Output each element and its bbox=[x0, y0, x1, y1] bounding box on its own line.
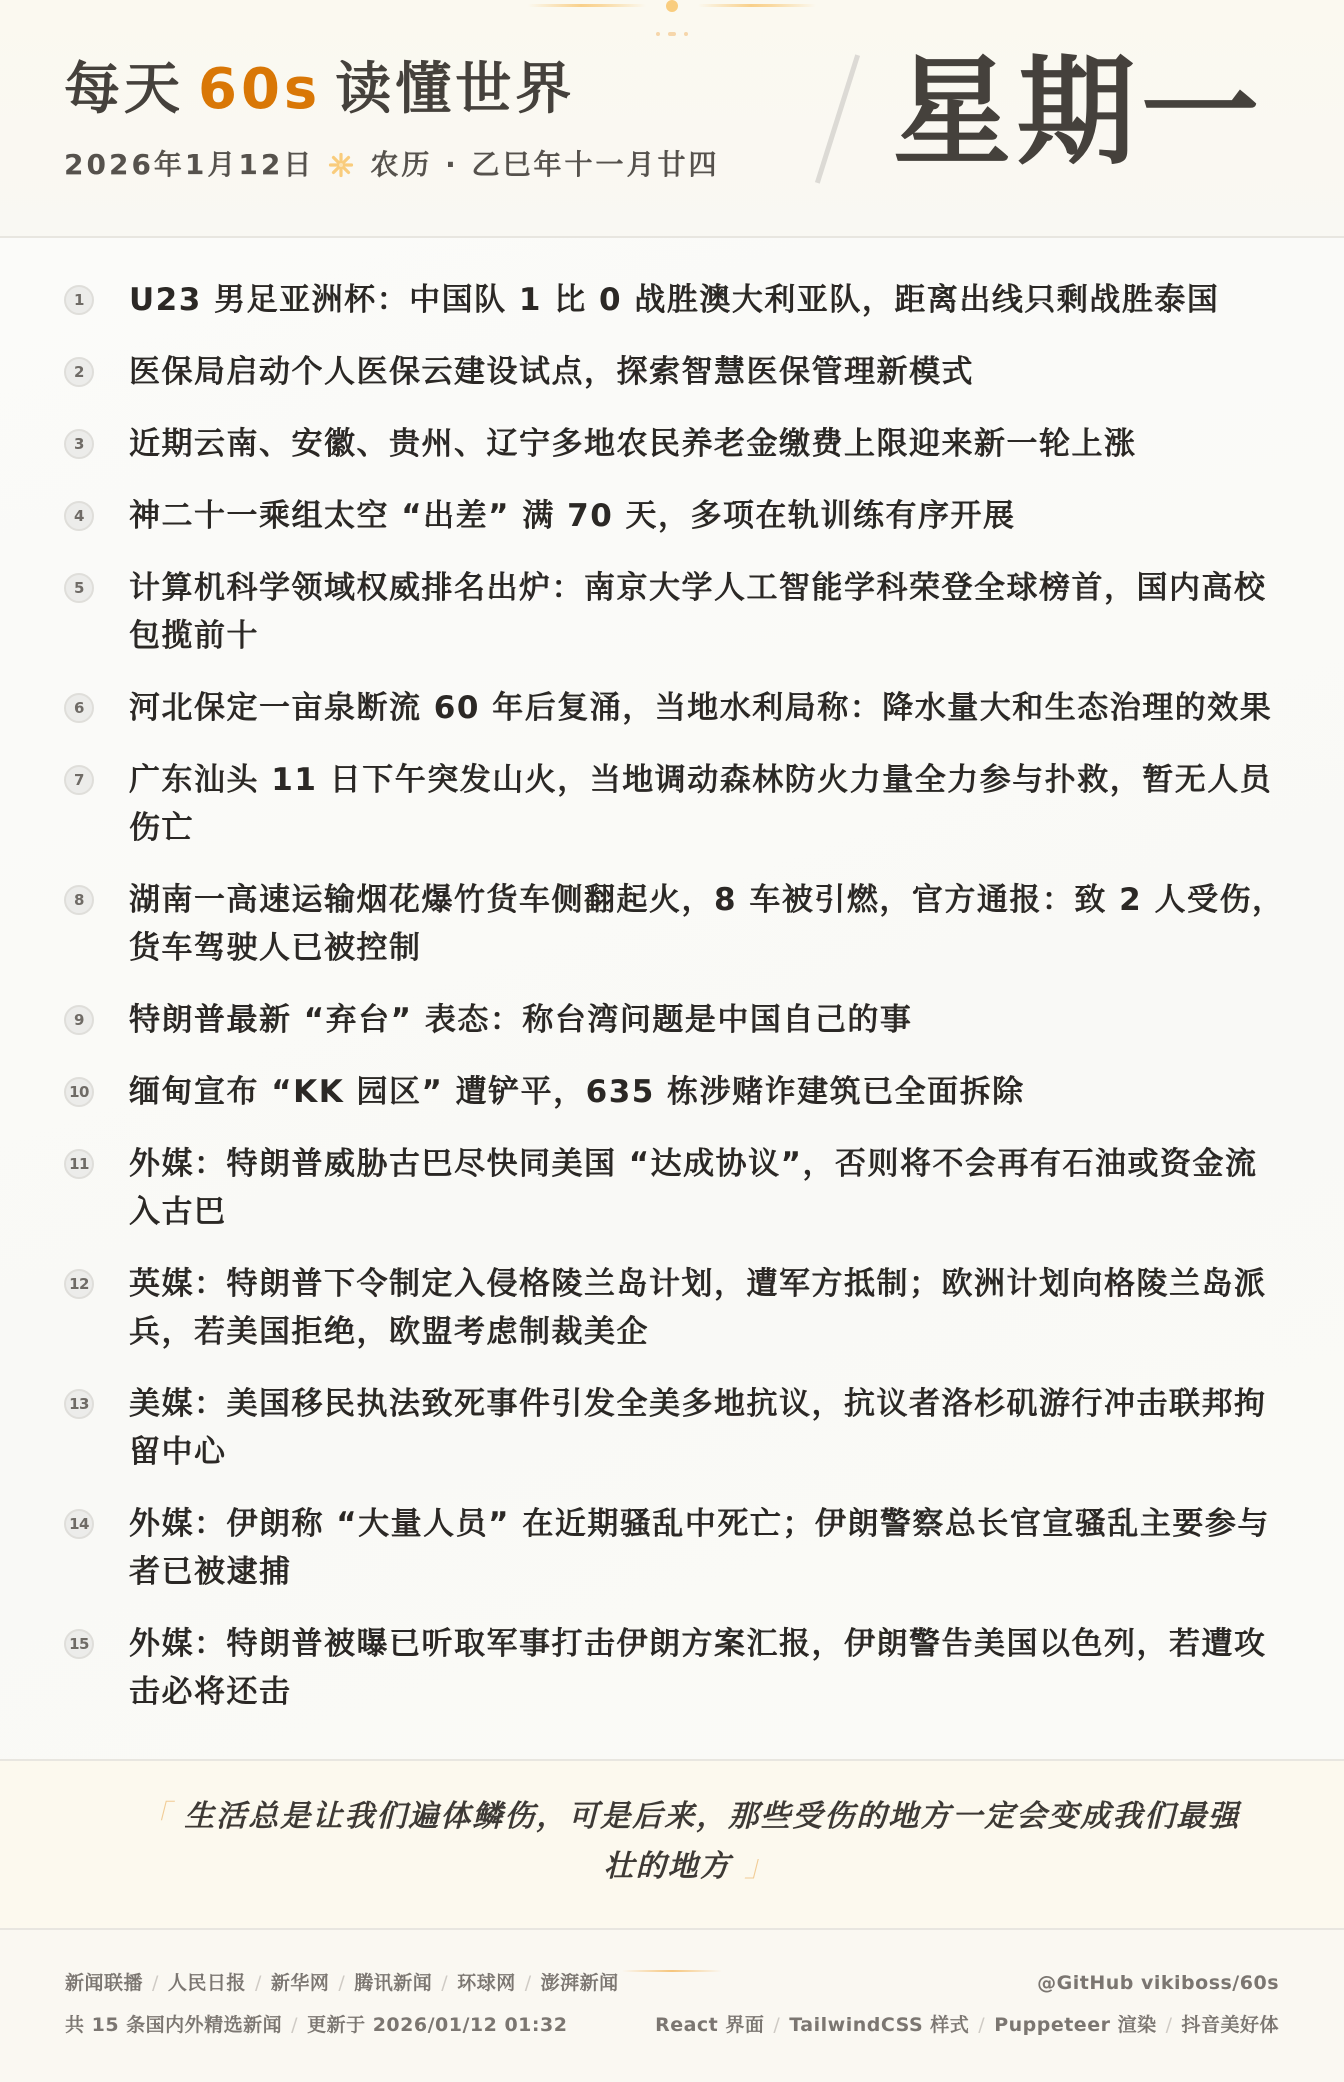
title-accent: 60s bbox=[198, 57, 321, 122]
news-index-badge: 3 bbox=[64, 429, 94, 459]
news-item: 5 计算机科学领域权威排名出炉：南京大学人工智能学科荣登全球榜首，国内高校包揽前… bbox=[64, 564, 1289, 660]
news-index-badge: 15 bbox=[64, 1629, 94, 1659]
quote-open-mark: 「 bbox=[140, 1799, 172, 1834]
source-name: 环球网 bbox=[457, 1972, 516, 1994]
news-index-badge: 8 bbox=[64, 885, 94, 915]
ornament-mini-dot bbox=[656, 32, 660, 36]
ornament-mini-dot bbox=[668, 32, 676, 36]
updated-time: 更新于 2026/01/12 01:32 bbox=[307, 2014, 567, 2036]
news-index-badge: 11 bbox=[64, 1149, 94, 1179]
news-index-badge: 10 bbox=[64, 1077, 94, 1107]
news-list: 1 U23 男足亚洲杯：中国队 1 比 0 战胜澳大利亚队，距离出线只剩战胜泰国… bbox=[0, 238, 1344, 1759]
news-item: 13 美媒：美国移民执法致死事件引发全美多地抗议，抗议者洛杉矶游行冲击联邦拘留中… bbox=[64, 1380, 1289, 1476]
news-summary: 共 15 条国内外精选新闻/更新于 2026/01/12 01:32 bbox=[65, 2004, 567, 2046]
date-line: 2026年1月12日 农历 · 乙巳年十一月廿四 bbox=[64, 147, 720, 183]
weekday: 星期一 bbox=[893, 50, 1265, 174]
credit-item: TailwindCSS 样式 bbox=[789, 2014, 969, 2036]
news-sources: 新闻联播/人民日报/新华网/腾讯新闻/环球网/澎湃新闻 bbox=[65, 1962, 619, 2004]
ornament-line-right bbox=[698, 4, 816, 7]
news-item: 15 外媒：特朗普被曝已听取军事打击伊朗方案汇报，伊朗警告美国以色列，若遭攻击必… bbox=[64, 1620, 1289, 1716]
news-headline: 特朗普最新 “弃台” 表态：称台湾问题是中国自己的事 bbox=[129, 996, 1289, 1044]
news-headline: 河北保定一亩泉断流 60 年后复涌，当地水利局称：降水量大和生态治理的效果 bbox=[129, 684, 1289, 732]
news-headline: 广东汕头 11 日下午突发山火，当地调动森林防火力量全力参与扑救，暂无人员伤亡 bbox=[129, 756, 1289, 852]
news-item: 7 广东汕头 11 日下午突发山火，当地调动森林防火力量全力参与扑救，暂无人员伤… bbox=[64, 756, 1289, 852]
news-item: 6 河北保定一亩泉断流 60 年后复涌，当地水利局称：降水量大和生态治理的效果 bbox=[64, 684, 1289, 732]
source-name: 澎湃新闻 bbox=[541, 1972, 619, 1994]
gregorian-date: 2026年1月12日 bbox=[64, 147, 314, 183]
quote-body: 生活总是让我们遍体鳞伤，可是后来，那些受伤的地方一定会变成我们最强壮的地方 bbox=[184, 1799, 1240, 1884]
footer: 新闻联播/人民日报/新华网/腾讯新闻/环球网/澎湃新闻 @GitHub viki… bbox=[0, 1930, 1344, 2082]
tech-credits: React 界面/TailwindCSS 样式/Puppeteer 渲染/抖音美… bbox=[655, 2004, 1279, 2046]
quote-text: 「 生活总是让我们遍体鳞伤，可是后来，那些受伤的地方一定会变成我们最强壮的地方 … bbox=[138, 1792, 1242, 1892]
footer-row-meta: 共 15 条国内外精选新闻/更新于 2026/01/12 01:32 React… bbox=[65, 2004, 1279, 2046]
source-name: 腾讯新闻 bbox=[354, 1972, 432, 1994]
news-item: 4 神二十一乘组太空 “出差” 满 70 天，多项在轨训练有序开展 bbox=[64, 492, 1289, 540]
header: 每天60s读懂世界 2026年1月12日 农历 · 乙巳年十一月廿四 星期一 bbox=[0, 0, 1344, 238]
news-index-badge: 4 bbox=[64, 501, 94, 531]
news-item: 11 外媒：特朗普威胁古巴尽快同美国 “达成协议”，否则将不会再有石油或资金流入… bbox=[64, 1140, 1289, 1236]
credit-item: React 界面 bbox=[655, 2014, 764, 2036]
quote-close-mark: 」 bbox=[744, 1849, 776, 1884]
news-headline: 近期云南、安徽、贵州、辽宁多地农民养老金缴费上限迎来新一轮上涨 bbox=[129, 420, 1289, 468]
news-index-badge: 7 bbox=[64, 765, 94, 795]
news-headline: 外媒：特朗普被曝已听取军事打击伊朗方案汇报，伊朗警告美国以色列，若遭攻击必将还击 bbox=[129, 1620, 1289, 1716]
news-headline: 英媒：特朗普下令制定入侵格陵兰岛计划，遭军方抵制；欧洲计划向格陵兰岛派兵，若美国… bbox=[129, 1260, 1289, 1356]
separator: / bbox=[441, 1972, 448, 1994]
ornament-line-left bbox=[528, 4, 646, 7]
news-item: 12 英媒：特朗普下令制定入侵格陵兰岛计划，遭军方抵制；欧洲计划向格陵兰岛派兵，… bbox=[64, 1260, 1289, 1356]
news-headline: 美媒：美国移民执法致死事件引发全美多地抗议，抗议者洛杉矶游行冲击联邦拘留中心 bbox=[129, 1380, 1289, 1476]
news-headline: U23 男足亚洲杯：中国队 1 比 0 战胜澳大利亚队，距离出线只剩战胜泰国 bbox=[129, 276, 1289, 324]
news-headline: 外媒：伊朗称 “大量人员” 在近期骚乱中死亡；伊朗警察总长官宣骚乱主要参与者已被… bbox=[129, 1500, 1289, 1596]
github-credit: @GitHub vikiboss/60s bbox=[1037, 1962, 1279, 2004]
separator: / bbox=[525, 1972, 532, 1994]
news-index-badge: 6 bbox=[64, 693, 94, 723]
page: 每天60s读懂世界 2026年1月12日 农历 · 乙巳年十一月廿四 星期一 bbox=[0, 0, 1344, 2082]
news-item: 10 缅甸宣布 “KK 园区” 遭铲平，635 栋涉赌诈建筑已全面拆除 bbox=[64, 1068, 1289, 1116]
news-index-badge: 2 bbox=[64, 357, 94, 387]
news-index-badge: 9 bbox=[64, 1005, 94, 1035]
page-title: 每天60s读懂世界 bbox=[64, 58, 575, 122]
ornament-mini-dot bbox=[684, 32, 688, 36]
news-index-badge: 12 bbox=[64, 1269, 94, 1299]
source-name: 新华网 bbox=[271, 1972, 330, 1994]
lunar-date: 农历 · 乙巳年十一月廿四 bbox=[370, 147, 719, 183]
separator: / bbox=[773, 2014, 780, 2036]
separator: / bbox=[255, 1972, 262, 1994]
title-prefix: 每天 bbox=[64, 57, 184, 122]
news-count: 共 15 条国内外精选新闻 bbox=[65, 2014, 282, 2036]
source-name: 新闻联播 bbox=[65, 1972, 143, 1994]
news-item: 14 外媒：伊朗称 “大量人员” 在近期骚乱中死亡；伊朗警察总长官宣骚乱主要参与… bbox=[64, 1500, 1289, 1596]
credit-item: 抖音美好体 bbox=[1181, 2014, 1279, 2036]
news-item: 3 近期云南、安徽、贵州、辽宁多地农民养老金缴费上限迎来新一轮上涨 bbox=[64, 420, 1289, 468]
daily-quote: 「 生活总是让我们遍体鳞伤，可是后来，那些受伤的地方一定会变成我们最强壮的地方 … bbox=[0, 1759, 1344, 1930]
news-headline: 医保局启动个人医保云建设试点，探索智慧医保管理新模式 bbox=[129, 348, 1289, 396]
news-headline: 湖南一高速运输烟花爆竹货车侧翻起火，8 车被引燃，官方通报：致 2 人受伤，货车… bbox=[129, 876, 1289, 972]
separator: / bbox=[1166, 2014, 1173, 2036]
news-index-badge: 14 bbox=[64, 1509, 94, 1539]
asterisk-icon bbox=[328, 152, 354, 178]
news-headline: 外媒：特朗普威胁古巴尽快同美国 “达成协议”，否则将不会再有石油或资金流入古巴 bbox=[129, 1140, 1289, 1236]
separator: / bbox=[978, 2014, 985, 2036]
separator: / bbox=[152, 1972, 159, 1994]
ornament-dot-icon bbox=[666, 0, 678, 12]
source-name: 人民日报 bbox=[168, 1972, 246, 1994]
separator: / bbox=[338, 1972, 345, 1994]
news-item: 1 U23 男足亚洲杯：中国队 1 比 0 战胜澳大利亚队，距离出线只剩战胜泰国 bbox=[64, 276, 1289, 324]
footer-ornament-line bbox=[622, 1970, 722, 1972]
footer-row-sources: 新闻联播/人民日报/新华网/腾讯新闻/环球网/澎湃新闻 @GitHub viki… bbox=[65, 1962, 1279, 2004]
news-headline: 神二十一乘组太空 “出差” 满 70 天，多项在轨训练有序开展 bbox=[129, 492, 1289, 540]
news-index-badge: 13 bbox=[64, 1389, 94, 1419]
slash-divider bbox=[815, 54, 860, 183]
news-index-badge: 5 bbox=[64, 573, 94, 603]
news-item: 9 特朗普最新 “弃台” 表态：称台湾问题是中国自己的事 bbox=[64, 996, 1289, 1044]
news-headline: 缅甸宣布 “KK 园区” 遭铲平，635 栋涉赌诈建筑已全面拆除 bbox=[129, 1068, 1289, 1116]
separator: / bbox=[291, 2014, 298, 2036]
credit-item: Puppeteer 渲染 bbox=[994, 2014, 1156, 2036]
news-item: 8 湖南一高速运输烟花爆竹货车侧翻起火，8 车被引燃，官方通报：致 2 人受伤，… bbox=[64, 876, 1289, 972]
news-headline: 计算机科学领域权威排名出炉：南京大学人工智能学科荣登全球榜首，国内高校包揽前十 bbox=[129, 564, 1289, 660]
news-item: 2 医保局启动个人医保云建设试点，探索智慧医保管理新模式 bbox=[64, 348, 1289, 396]
title-suffix: 读懂世界 bbox=[335, 57, 575, 122]
news-index-badge: 1 bbox=[64, 285, 94, 315]
